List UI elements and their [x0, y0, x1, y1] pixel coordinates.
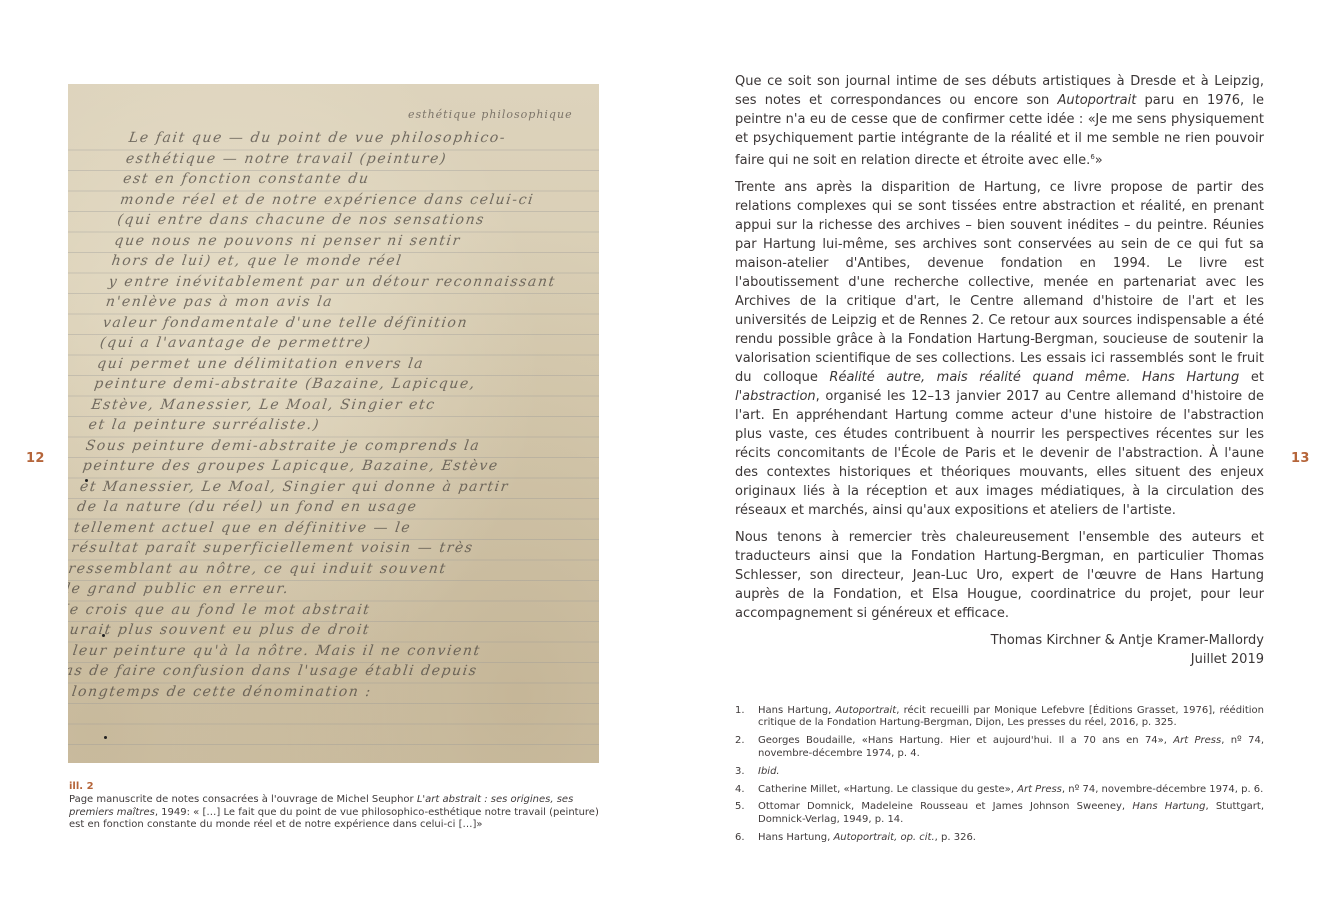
ink-dot: [104, 736, 107, 739]
ink-dot: [102, 634, 105, 637]
signature: Thomas Kirchner & Antje Kramer-Mallordy …: [735, 631, 1264, 669]
signature-date: Juillet 2019: [735, 650, 1264, 669]
paragraph-2: Trente ans après la disparition de Hartu…: [735, 178, 1264, 520]
footnote-4: 4.Catherine Millet, «Hartung. Le classiq…: [735, 784, 1264, 796]
signature-authors: Thomas Kirchner & Antje Kramer-Mallordy: [735, 631, 1264, 650]
manuscript-image: esthétique philosophique Le fait que — d…: [68, 84, 599, 763]
handwritten-margin-note: esthétique philosophique: [408, 108, 573, 121]
figure-caption: ill. 2 Page manuscrite de notes consacré…: [69, 781, 605, 831]
footnote-1: 1.Hans Hartung, Autoportrait, récit recu…: [735, 705, 1264, 730]
paragraph-3: Nous tenons à remercier très chaleureuse…: [735, 528, 1264, 623]
handwritten-text: Le fait que — du point de vue philosophi…: [68, 128, 599, 702]
footnote-2: 2.Georges Boudaille, «Hans Hartung. Hier…: [735, 735, 1264, 760]
paragraph-1: Que ce soit son journal intime de ses dé…: [735, 72, 1264, 170]
footnote-5: 5.Ottomar Domnick, Madeleine Rousseau et…: [735, 801, 1264, 826]
page-number-right: 13: [1291, 451, 1310, 466]
footnote-3: 3.Ibid.: [735, 766, 1264, 778]
ink-dot: [85, 479, 88, 482]
footnote-6: 6.Hans Hartung, Autoportrait, op. cit., …: [735, 832, 1264, 844]
body-text: Que ce soit son journal intime de ses dé…: [735, 72, 1264, 669]
page-number-left: 12: [26, 451, 45, 466]
footnotes: 1.Hans Hartung, Autoportrait, récit recu…: [735, 705, 1264, 850]
figure-label: ill. 2: [69, 781, 605, 793]
